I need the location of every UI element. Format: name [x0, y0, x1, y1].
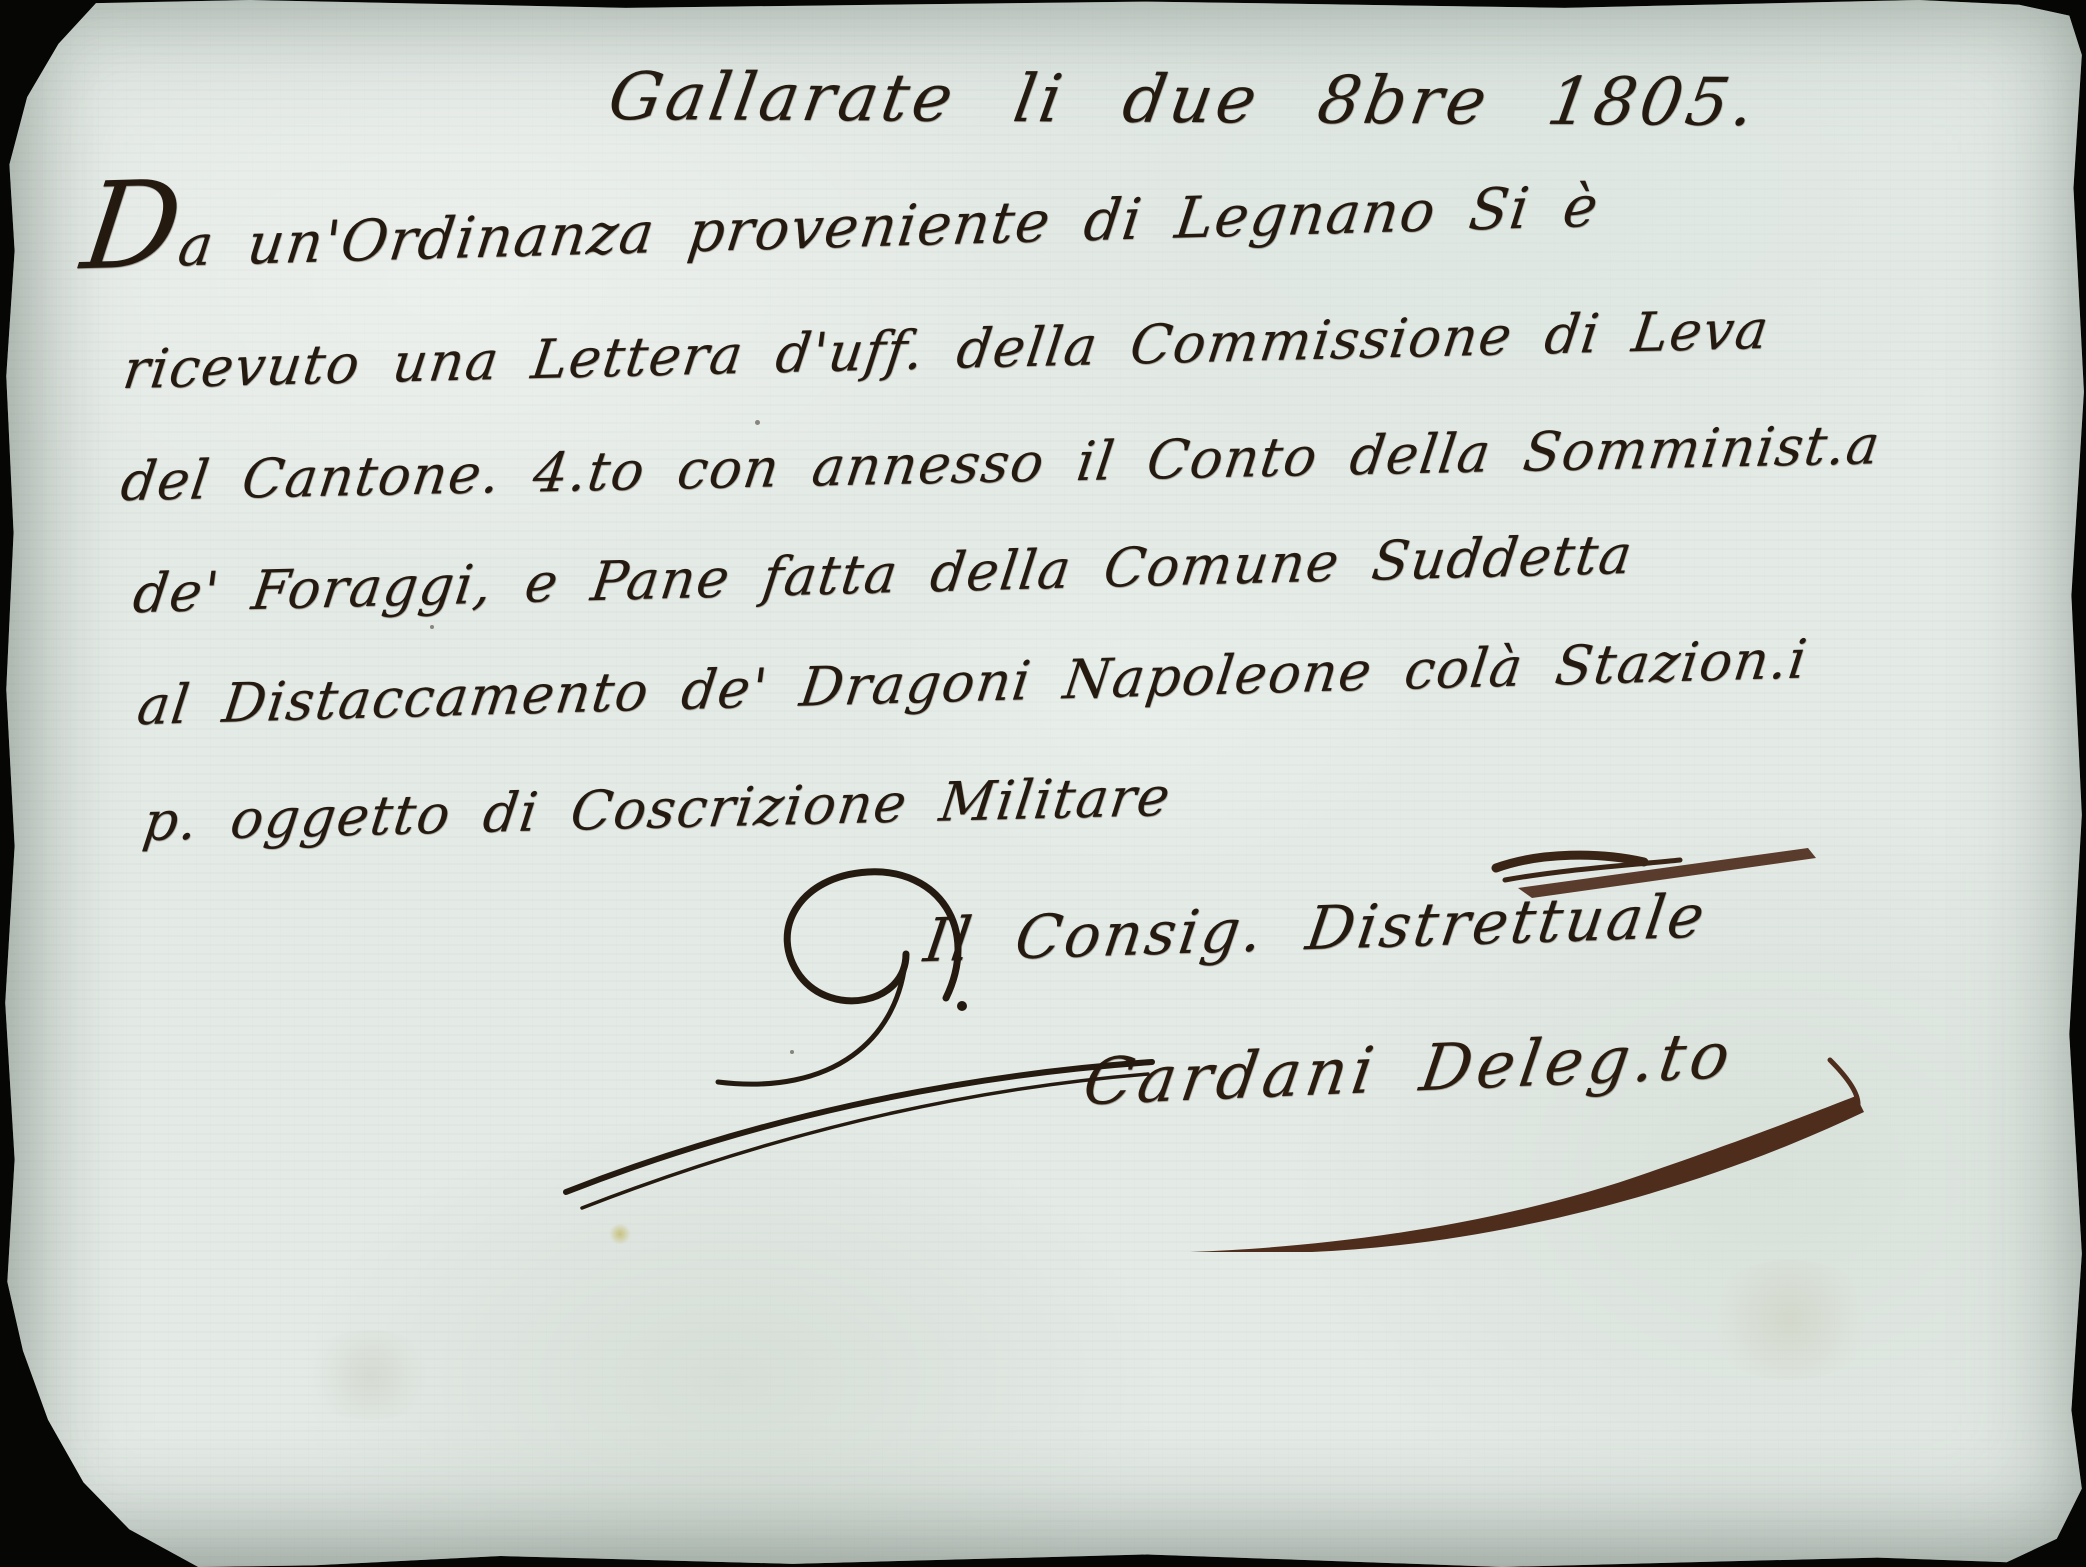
- dateline: Gallarate li due 8bre 1805.: [603, 58, 1763, 141]
- closing-role-line: Il Consig. Distrettuale: [920, 881, 1712, 976]
- photo-background: Gallarate li due 8bre 1805. Da un'Ordina…: [0, 0, 2086, 1567]
- body-line: al Distaccamento de' Dragoni Napoleone c…: [134, 627, 1812, 737]
- paper-foxing: [1700, 1260, 1880, 1380]
- ink-speck: [790, 1050, 794, 1054]
- body-line: p. oggetto di Coscrizione Militare: [140, 765, 1175, 853]
- underline-flourish-icon: [566, 1062, 1152, 1208]
- ink-speck: [755, 420, 760, 425]
- ink-speck: [430, 625, 434, 629]
- body-line: de' Foraggi, e Pane fatta della Comune S…: [130, 523, 1637, 625]
- paper-foxing: [300, 1330, 440, 1420]
- paraph-flourish-icon: [718, 872, 967, 1084]
- body-line: Da un'Ordinanza proveniente di Legnano S…: [77, 156, 1605, 283]
- body-line: del Cantone. 4.to con annesso il Conto d…: [117, 413, 1884, 513]
- paper-stain: [608, 1224, 632, 1244]
- body-line: ricevuto una Lettera d'uff. della Commis…: [120, 298, 1774, 401]
- manuscript-page: Gallarate li due 8bre 1805. Da un'Ordina…: [0, 0, 2086, 1567]
- signature: Cardani Deleg.to: [1079, 1019, 1740, 1121]
